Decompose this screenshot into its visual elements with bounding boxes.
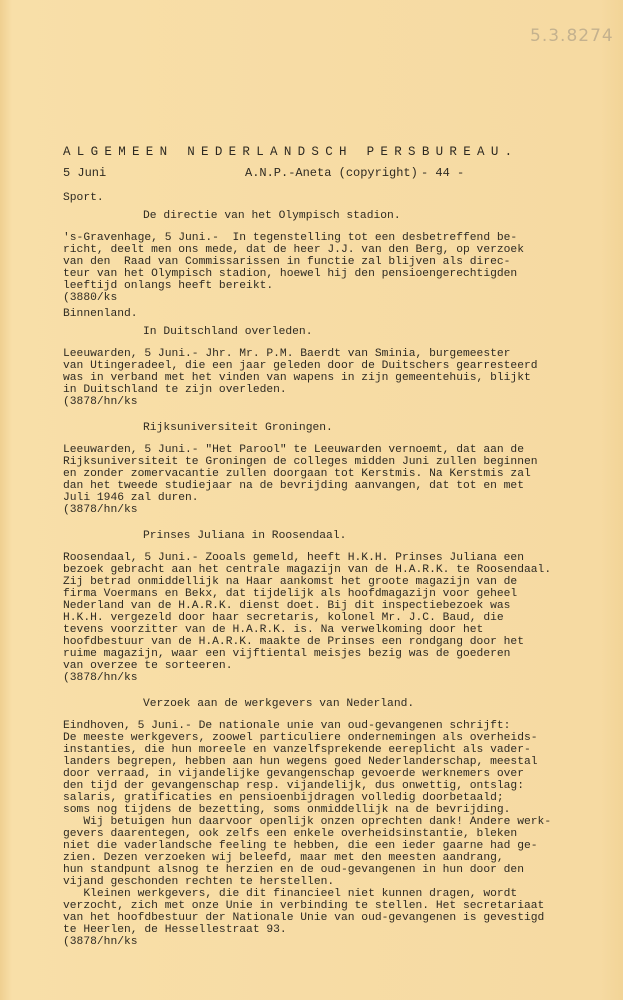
body-line: vijand geschonden rechten te herstellen.: [63, 876, 608, 888]
body-line: te Heerlen, de Hessellestraat 93.: [63, 924, 608, 936]
news-headline: Rijksuniversiteit Groningen.: [63, 422, 608, 444]
body-line: ruime magazijn, waar een vijftiental mei…: [63, 648, 608, 660]
news-bulletin: Sport.De directie van het Olympisch stad…: [63, 192, 608, 952]
body-line: instanties, die hun moreele en vanzelfsp…: [63, 744, 608, 756]
agency-header: ALGEMEEN NEDERLANDSCH PERSBUREAU.: [63, 145, 518, 159]
body-line: van Utingeradeel, die een jaar geleden d…: [63, 360, 608, 372]
body-line: richt, deelt men ons mede, dat de heer J…: [63, 244, 608, 256]
news-headline: De directie van het Olympisch stadion.: [63, 210, 608, 232]
body-line: firma Voermans en Bekx, dat tijdelijk al…: [63, 588, 608, 600]
category-label: Binnenland.: [63, 308, 608, 326]
body-line: De meeste werkgevers, zoowel particulier…: [63, 732, 608, 744]
body-line: Zij betrad onmiddellijk na Haar aankomst…: [63, 576, 608, 588]
body-line: Rijksuniversiteit te Groningen de colleg…: [63, 456, 608, 468]
body-line: leeftijd onlangs heeft bereikt.: [63, 280, 608, 292]
spacer: [63, 688, 608, 698]
news-headline: Prinses Juliana in Roosendaal.: [63, 530, 608, 552]
body-line: bezoek gebracht aan het centrale magazij…: [63, 564, 608, 576]
reference-code: (3878/hn/ks: [63, 396, 608, 412]
body-line: Juli 1946 zal duren.: [63, 492, 608, 504]
category-label: Sport.: [63, 192, 608, 210]
news-body: 's-Gravenhage, 5 Juni.- In tegenstelling…: [63, 232, 608, 292]
body-line: tevens voorzitter van de H.A.R.K. is. Na…: [63, 624, 608, 636]
body-line: gevers daarentegen, ook zelfs een enkele…: [63, 828, 608, 840]
reference-code: (3880/ks: [63, 292, 608, 308]
news-item: Binnenland.In Duitschland overleden.Leeu…: [63, 308, 608, 412]
body-line: van het hoofdbestuur der Nationale Unie …: [63, 912, 608, 924]
body-line: Leeuwarden, 5 Juni.- Jhr. Mr. P.M. Baerd…: [63, 348, 608, 360]
body-line: Kleinen werkgevers, die dit financieel n…: [63, 888, 608, 900]
body-line: Wij betuigen hun daarvoor openlijk onzen…: [63, 816, 608, 828]
body-line: Roosendaal, 5 Juni.- Zooals gemeld, heef…: [63, 552, 608, 564]
spacer: [63, 412, 608, 422]
body-line: teur van het Olympisch stadion, hoewel h…: [63, 268, 608, 280]
body-line: H.K.H. vergezeld door haar secretaris, k…: [63, 612, 608, 624]
news-item: Rijksuniversiteit Groningen.Leeuwarden, …: [63, 412, 608, 520]
body-line: door verraad, in vijandelijke gevangensc…: [63, 768, 608, 780]
body-line: van den Raad van Commissarissen in funct…: [63, 256, 608, 268]
archive-number: 5.3.8274: [530, 26, 614, 46]
news-headline: Verzoek aan de werkgevers van Nederland.: [63, 698, 608, 720]
news-item: Prinses Juliana in Roosendaal.Roosendaal…: [63, 520, 608, 688]
page-number: - 44 -: [421, 166, 464, 180]
spacer: [63, 520, 608, 530]
reference-code: (3878/hn/ks: [63, 672, 608, 688]
body-line: was in verband met het vinden van wapens…: [63, 372, 608, 384]
news-body: Roosendaal, 5 Juni.- Zooals gemeld, heef…: [63, 552, 608, 672]
news-body: Leeuwarden, 5 Juni.- Jhr. Mr. P.M. Baerd…: [63, 348, 608, 396]
news-item: Sport.De directie van het Olympisch stad…: [63, 192, 608, 308]
body-line: soms nog tijdens de bezetting, soms onmi…: [63, 804, 608, 816]
reference-code: (3878/hn/ks: [63, 936, 608, 952]
body-line: hoofdbestuur van de H.A.R.K. maakte de P…: [63, 636, 608, 648]
body-line: in Duitschland te zijn overleden.: [63, 384, 608, 396]
body-line: salaris, gratificaties en pensioenbijdra…: [63, 792, 608, 804]
date: 5 Juni: [63, 166, 106, 180]
body-line: dan het tweede studiejaar na de bevrijdi…: [63, 480, 608, 492]
body-line: van overzee te sorteeren.: [63, 660, 608, 672]
document-page: 5.3.8274 ALGEMEEN NEDERLANDSCH PERSBUREA…: [0, 0, 623, 1000]
body-line: niet die vaderlandsche feeling te hebben…: [63, 840, 608, 852]
body-line: Eindhoven, 5 Juni.- De nationale unie va…: [63, 720, 608, 732]
news-headline: In Duitschland overleden.: [63, 326, 608, 348]
body-line: zien. Dezen verzoeken wij beleefd, maar …: [63, 852, 608, 864]
body-line: Nederland van de H.A.R.K. dienst doet. B…: [63, 600, 608, 612]
news-body: Leeuwarden, 5 Juni.- "Het Parool" te Lee…: [63, 444, 608, 504]
body-line: Leeuwarden, 5 Juni.- "Het Parool" te Lee…: [63, 444, 608, 456]
service-label: A.N.P.-Aneta (copyright): [245, 166, 418, 180]
dateline: 5 Juni A.N.P.-Aneta (copyright) - 44 -: [63, 166, 106, 180]
news-body: Eindhoven, 5 Juni.- De nationale unie va…: [63, 720, 608, 936]
body-line: 's-Gravenhage, 5 Juni.- In tegenstelling…: [63, 232, 608, 244]
body-line: hun standpunt alsnog te herzien en de ou…: [63, 864, 608, 876]
body-line: den tijd der gevangenschap resp. vijande…: [63, 780, 608, 792]
body-line: landers begrepen, hebben aan hun wegens …: [63, 756, 608, 768]
body-line: verzocht, zich met onze Unie in verbindi…: [63, 900, 608, 912]
news-item: Verzoek aan de werkgevers van Nederland.…: [63, 688, 608, 952]
body-line: en zonder zomervacantie zullen doorgaan …: [63, 468, 608, 480]
reference-code: (3878/hn/ks: [63, 504, 608, 520]
